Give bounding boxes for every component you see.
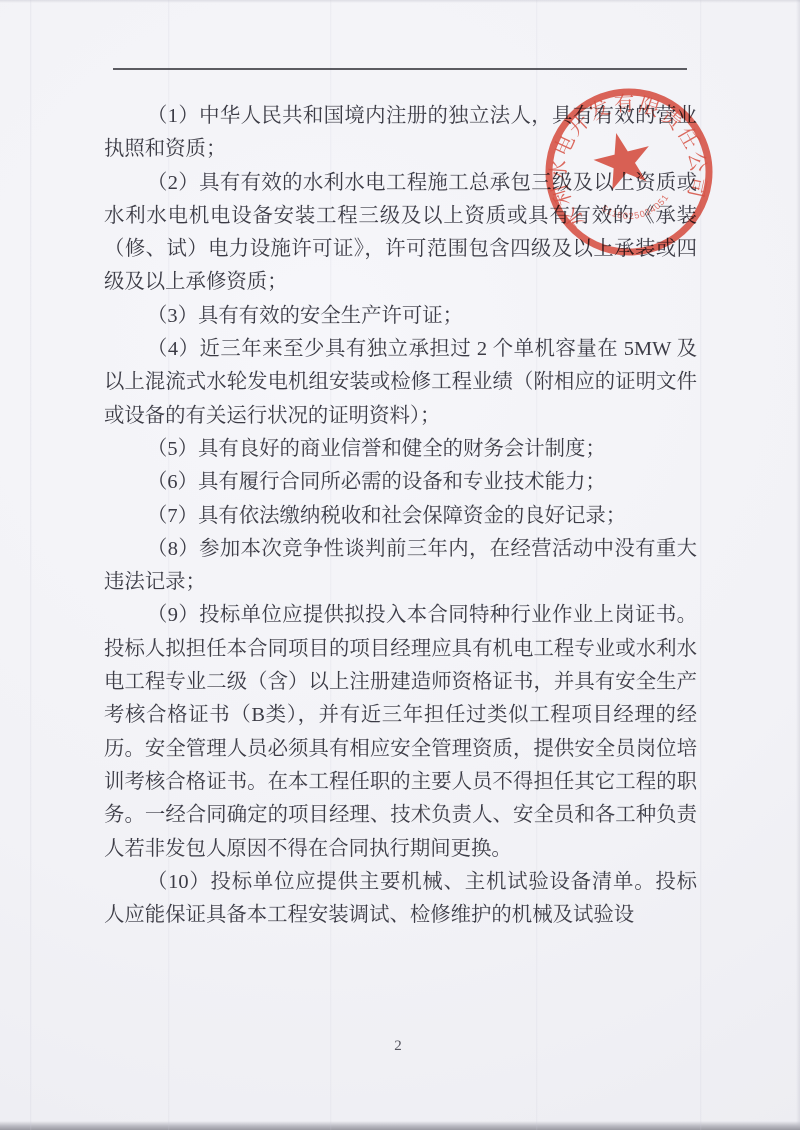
- header-divider: [113, 68, 687, 70]
- requirement-paragraph-4: （4）近三年来至少具有独立承担过 2 个单机容量在 5MW 及以上混流式水轮发电…: [104, 333, 697, 433]
- document-body: （1）中华人民共和国境内注册的独立法人，具有有效的营业执照和资质； （2）具有有…: [104, 100, 697, 932]
- requirement-paragraph-10: （10）投标单位应提供主要机械、主机试验设备清单。投标人应能保证具备本工程安装调…: [104, 866, 697, 933]
- requirement-paragraph-1: （1）中华人民共和国境内注册的独立法人，具有有效的营业执照和资质；: [104, 100, 697, 167]
- requirement-paragraph-5: （5）具有良好的商业信誉和健全的财务会计制度；: [104, 433, 697, 466]
- requirement-paragraph-6: （6）具有履行合同所必需的设备和专业技术能力；: [104, 466, 697, 499]
- requirement-paragraph-3: （3）具有有效的安全生产许可证；: [104, 300, 697, 333]
- requirement-paragraph-7: （7）具有依法缴纳税收和社会保障资金的良好记录；: [104, 500, 697, 533]
- requirement-paragraph-2: （2）具有有效的水利水电工程施工总承包三级及以上资质或水利水电机电设备安装工程三…: [104, 167, 697, 300]
- requirement-paragraph-9: （9）投标单位应提供拟投入本合同特种行业作业上岗证书。投标人拟担任本合同项目的项…: [104, 599, 697, 865]
- page-number: 2: [0, 1038, 796, 1055]
- requirement-paragraph-8: （8）参加本次竞争性谈判前三年内，在经营活动中没有重大违法记录；: [104, 533, 697, 600]
